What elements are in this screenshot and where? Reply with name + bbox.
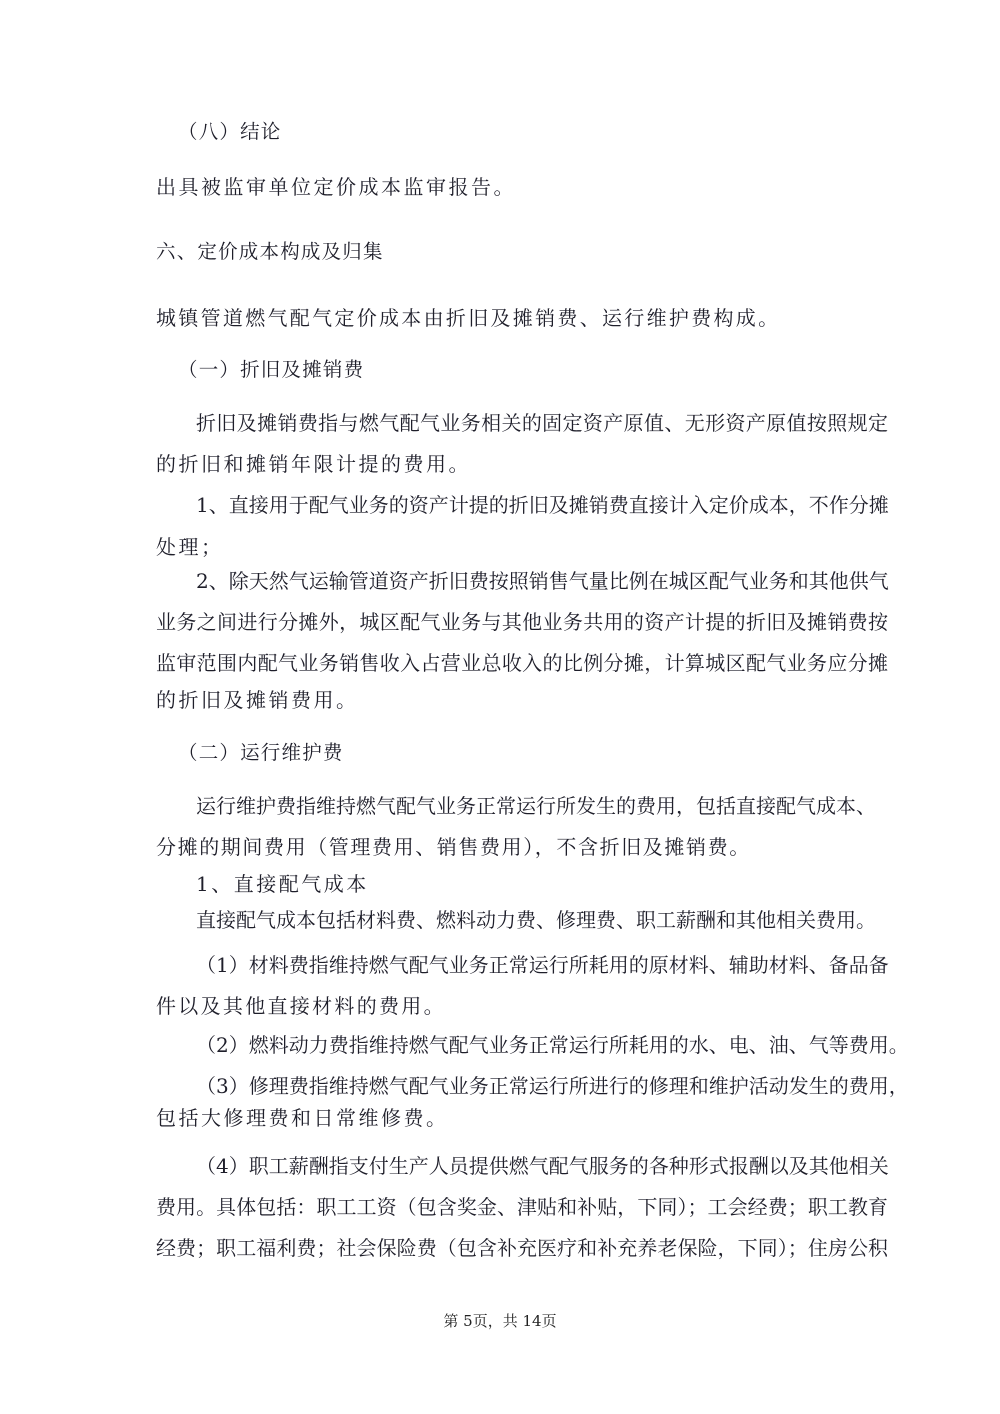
part2-para1-line1: 运行维护费指维持燃气配气业务正常运行所发生的费用，包括直接配气成本、 xyxy=(196,792,876,820)
part1-item2-line2: 业务之间进行分摊外，城区配气业务与其他业务共用的资产计提的折旧及摊销费按 xyxy=(156,608,888,636)
chapter-heading: 六、定价成本构成及归集 xyxy=(156,238,888,266)
part2-para1-line2: 分摊的期间费用（管理费用、销售费用），不含折旧及摊销费。 xyxy=(156,833,888,861)
item-materials-line2: 件以及其他直接材料的费用。 xyxy=(156,992,888,1020)
part1-item2-line1: 2、除天然气运输管道资产折旧费按照销售气量比例在城区配气业务和其他供气 xyxy=(196,567,888,595)
item-repair-line2: 包括大修理费和日常维修费。 xyxy=(156,1104,888,1132)
part2-sub1-intro: 直接配气成本包括材料费、燃料动力费、修理费、职工薪酬和其他相关费用。 xyxy=(196,906,876,934)
part1-para1-line1: 折旧及摊销费指与燃气配气业务相关的固定资产原值、无形资产原值按照规定 xyxy=(196,409,888,437)
item-salary-line1: （4）职工薪酬指支付生产人员提供燃气配气服务的各种形式报酬以及其他相关 xyxy=(196,1152,888,1180)
item-salary-line2: 费用。具体包括：职工工资（包含奖金、津贴和补贴，下同）；工会经费；职工教育 xyxy=(156,1193,888,1221)
part1-item1-line2: 处理； xyxy=(156,533,888,561)
item-materials-line1: （1）材料费指维持燃气配气业务正常运行所耗用的原材料、辅助材料、备品备 xyxy=(196,951,888,979)
part1-heading: （一）折旧及摊销费 xyxy=(178,356,910,384)
conclusion-text: 出具被监审单位定价成本监审报告。 xyxy=(156,173,888,201)
part2-sub1-heading: 1、直接配气成本 xyxy=(196,870,888,898)
part1-item2-line3: 监审范围内配气业务销售收入占营业总收入的比例分摊，计算城区配气业务应分摊 xyxy=(156,649,888,677)
chapter-intro: 城镇管道燃气配气定价成本由折旧及摊销费、运行维护费构成。 xyxy=(156,304,888,332)
part1-item2-line4: 的折旧及摊销费用。 xyxy=(156,686,888,714)
item-repair-line1: （3）修理费指维持燃气配气业务正常运行所进行的修理和维护活动发生的费用， xyxy=(196,1072,888,1100)
document-page: （八）结论 出具被监审单位定价成本监审报告。 六、定价成本构成及归集 城镇管道燃… xyxy=(0,0,1000,1414)
item-salary-line3: 经费；职工福利费；社会保险费（包含补充医疗和补充养老保险，下同）；住房公积 xyxy=(156,1234,888,1262)
part2-heading: （二）运行维护费 xyxy=(178,739,910,767)
part1-para1-line2: 的折旧和摊销年限计提的费用。 xyxy=(156,450,888,478)
section-heading-conclusion: （八）结论 xyxy=(178,118,910,146)
part1-item1-line1: 1、直接用于配气业务的资产计提的折旧及摊销费直接计入定价成本，不作分摊 xyxy=(196,491,888,519)
item-fuel-power: （2）燃料动力费指维持燃气配气业务正常运行所耗用的水、电、油、气等费用。 xyxy=(196,1031,888,1059)
page-number: 第 5页，共 14页 xyxy=(0,1310,1000,1331)
